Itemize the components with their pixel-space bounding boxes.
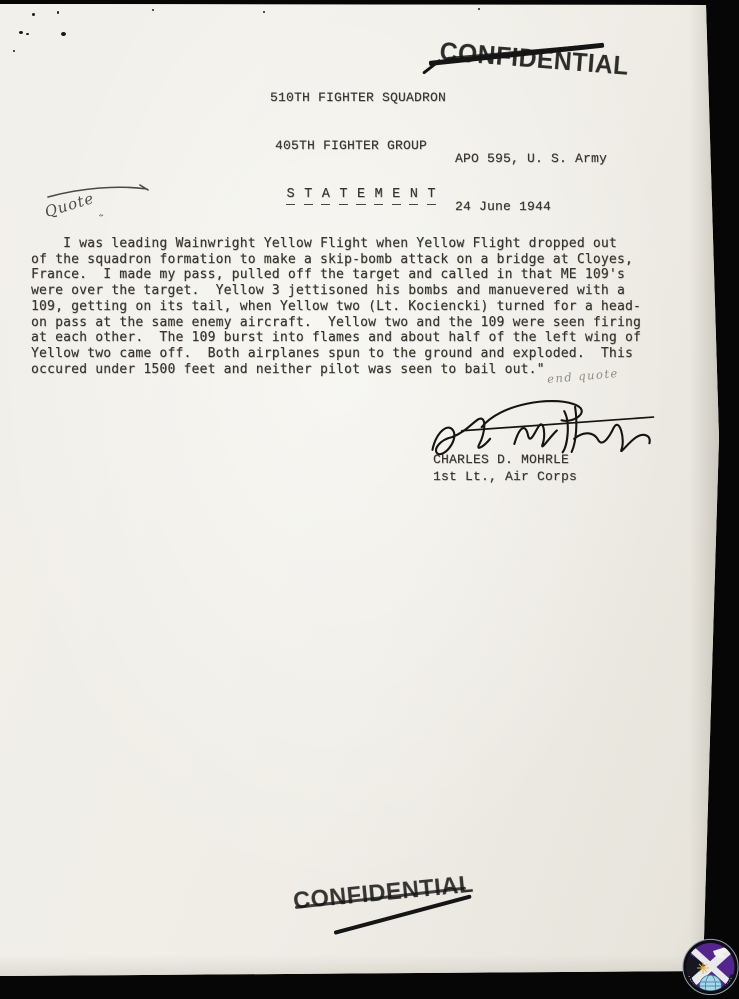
squadron-line: 510TH FIGHTER SQUADRON: [270, 90, 446, 106]
scan-bottom-shadow: [0, 955, 739, 981]
ink-speck: [152, 9, 154, 11]
statement-heading: STATEMENT: [286, 184, 444, 205]
typed-name: CHARLES D. MOHRLE: [433, 452, 569, 468]
squadron-patch-badge: [682, 936, 739, 999]
scan-edge-shadow: [689, 0, 723, 999]
ink-speck: [263, 11, 265, 13]
confidential-stamp-bottom: CONFIDENTIAL: [292, 871, 475, 916]
scanned-document: 510TH FIGHTER SQUADRON 405TH FIGHTER GRO…: [0, 0, 739, 999]
ink-speck: [26, 33, 29, 35]
ink-speck: [478, 8, 480, 10]
paper-sheet: 510TH FIGHTER SQUADRON 405TH FIGHTER GRO…: [0, 0, 739, 999]
ink-speck: [13, 50, 15, 52]
date-line: 24 June 1944: [455, 199, 607, 215]
statement-body: I was leading Wainwright Yellow Flight w…: [31, 236, 641, 377]
ink-speck: [32, 13, 35, 16]
unit-header: 510TH FIGHTER SQUADRON 405TH FIGHTER GRO…: [270, 59, 446, 185]
ink-speck: [61, 32, 66, 36]
ink-speck: [57, 11, 59, 14]
ink-speck: [19, 31, 23, 34]
handwritten-quote-mark: ″: [96, 212, 104, 227]
apo-line: APO 595, U. S. Army: [455, 151, 607, 167]
typed-rank: 1st Lt., Air Corps: [433, 469, 577, 485]
group-line: 405TH FIGHTER GROUP: [270, 138, 446, 154]
apo-date-block: APO 595, U. S. Army 24 June 1944: [455, 120, 607, 246]
